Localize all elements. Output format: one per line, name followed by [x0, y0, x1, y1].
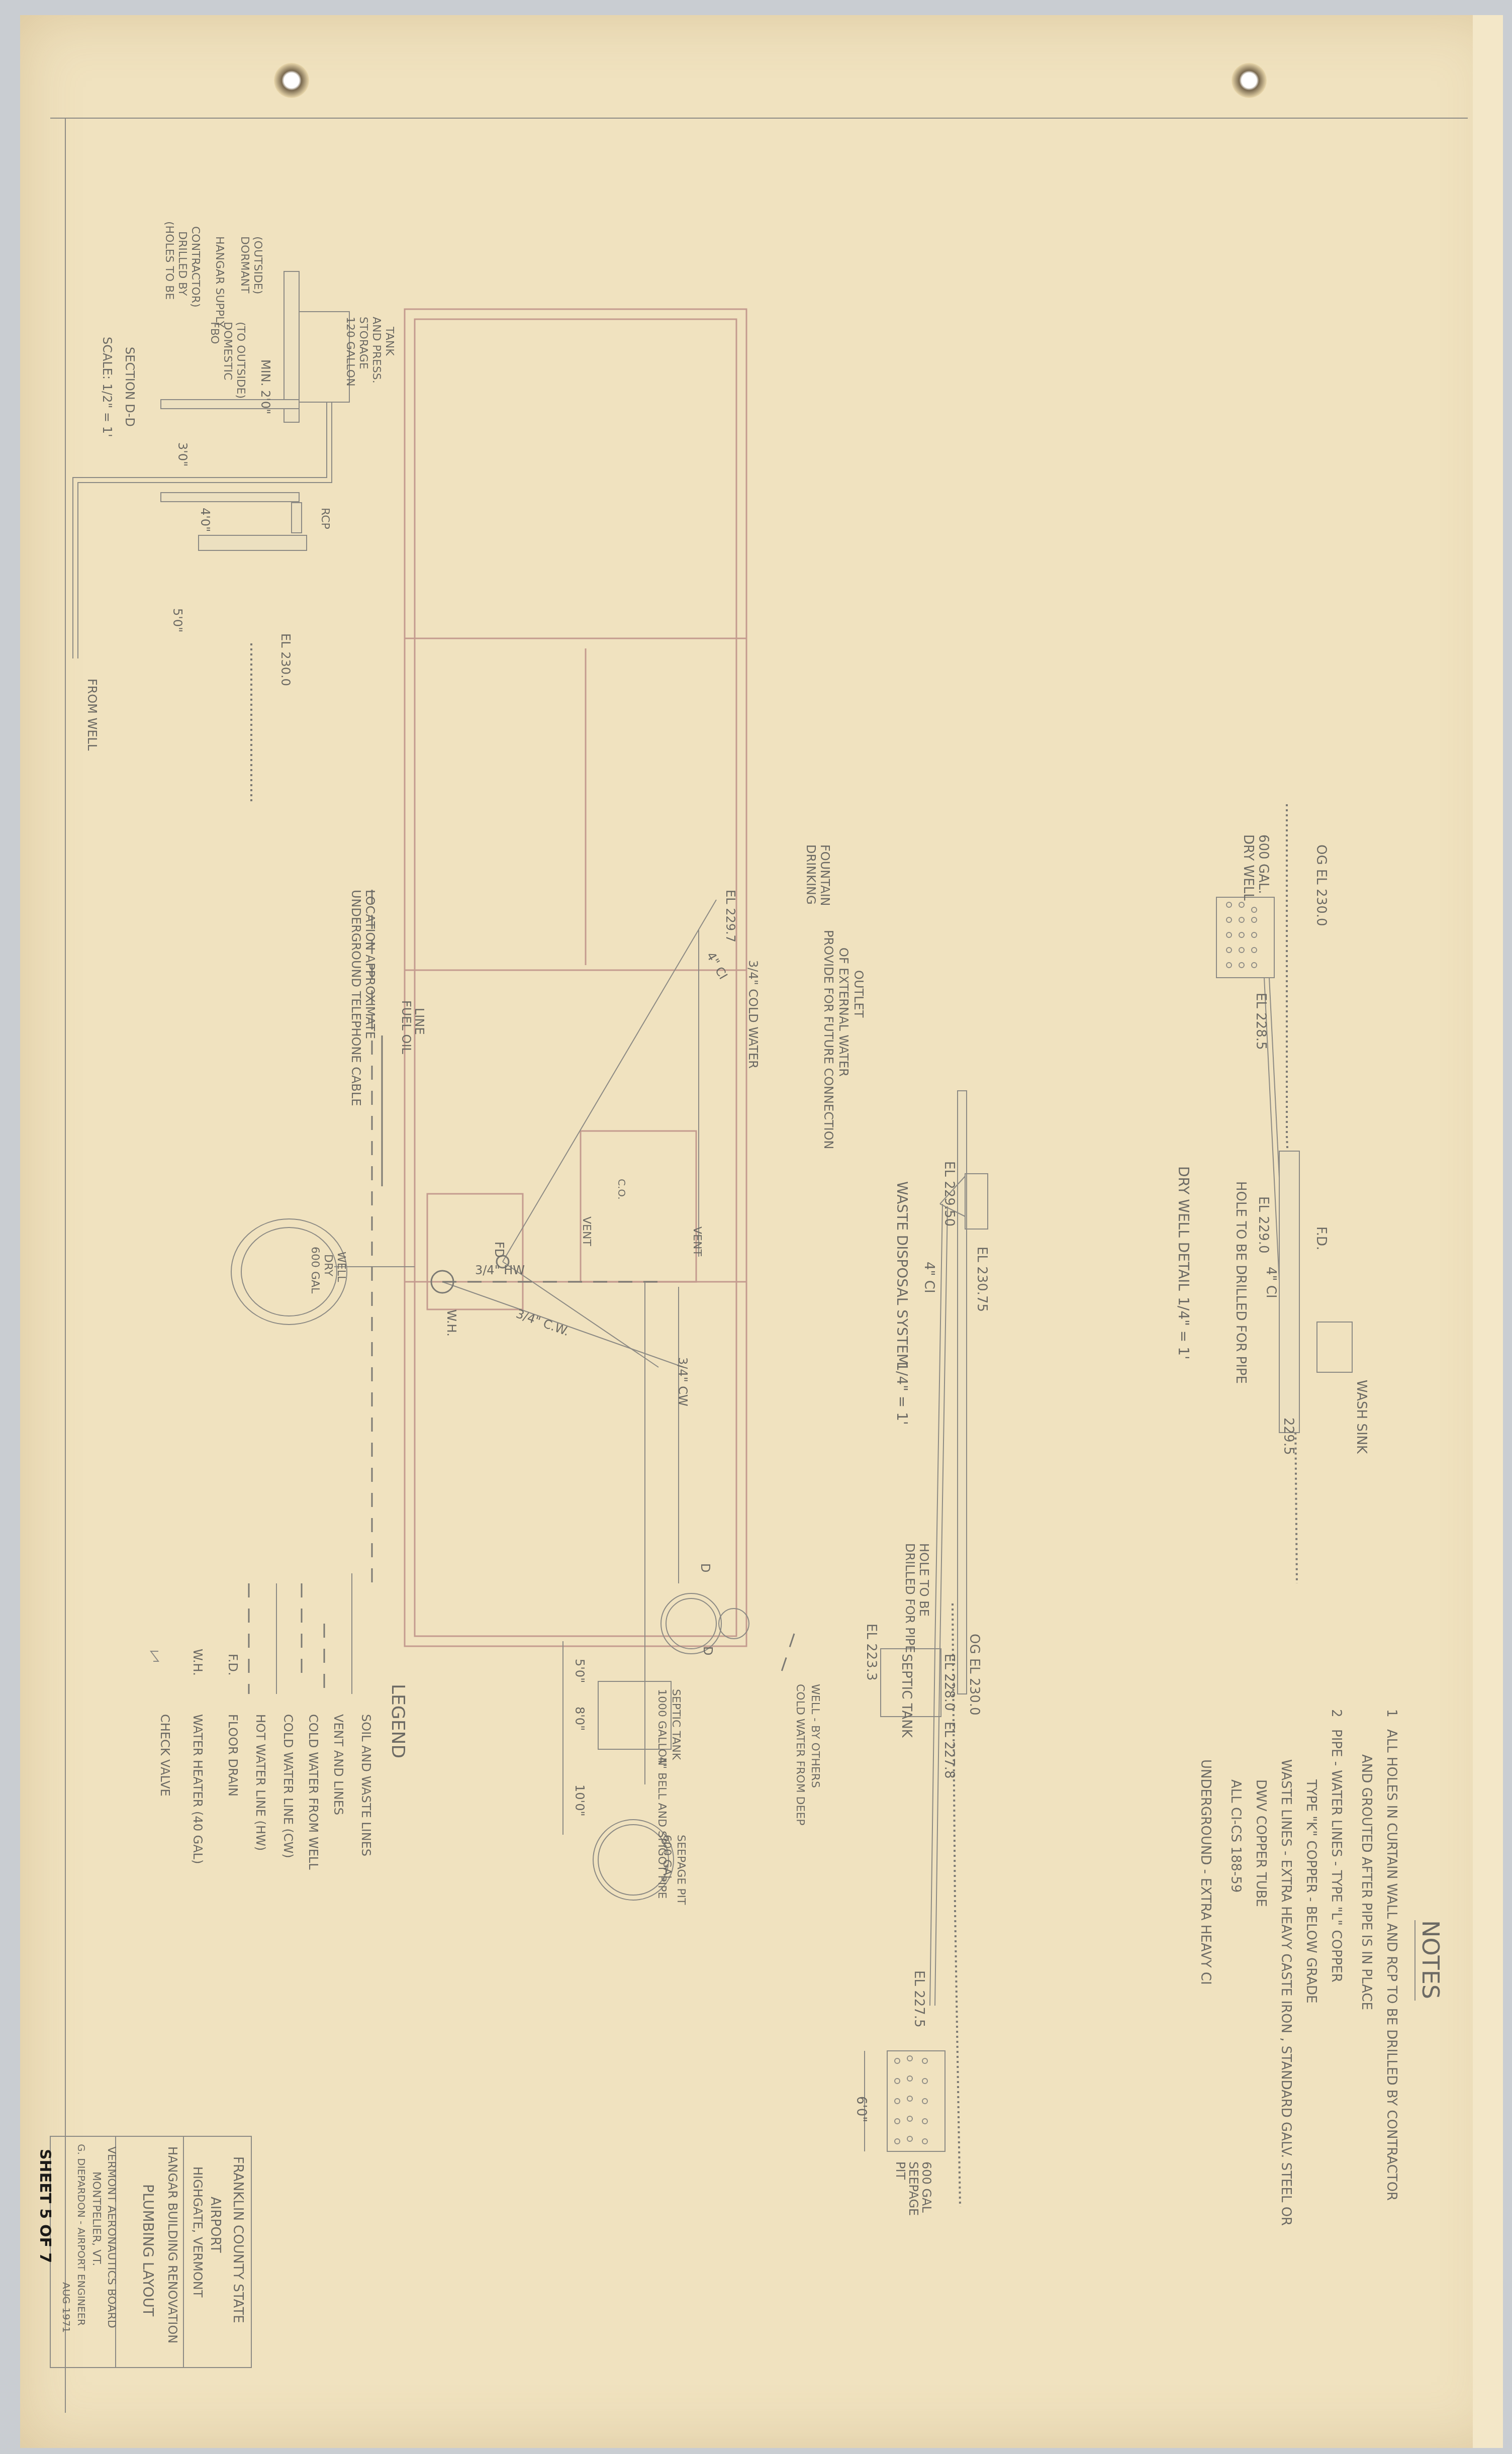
- waste-el-top: EL 229.50: [941, 1161, 957, 1226]
- waste-el-pit: EL 227.5: [911, 1970, 926, 2028]
- legend-label-cw: COLD WATER LINE (CW): [281, 1714, 295, 1858]
- dry-well-label-1: 600 GAL.: [1256, 834, 1271, 894]
- fbo-label-1: FBO: [208, 322, 221, 344]
- waste-el-inlet: EL 228.0: [941, 1654, 957, 1711]
- waste-hole-note-2: DRILLED FOR PIPE: [903, 1543, 917, 1653]
- note-2-line-1: PIPE - WATER LINES - TYPE "L" COPPER: [1329, 1729, 1344, 1983]
- cold-water-deep-1: COLD WATER FROM DEEP: [794, 1684, 806, 1826]
- drinking-fountain-label-2: FOUNTAIN: [818, 844, 832, 906]
- floor-hw-label: 3/4" HW: [475, 1263, 525, 1277]
- septic-plan-1: 1000 GALLON: [655, 1689, 668, 1766]
- note-2-line-6: UNDERGROUND - EXTRA HEAVY CI: [1198, 1759, 1213, 1985]
- title-agency-city: MONTPELIER, VT.: [90, 2172, 103, 2266]
- note-2-line-2: TYPE "K" COPPER - BELOW GRADE: [1303, 1779, 1318, 2003]
- holes-note-2: DRILLED BY: [176, 231, 188, 296]
- section-mark-top: D: [698, 1563, 712, 1572]
- title-project-1: FRANKLIN COUNTY STATE: [230, 2156, 245, 2323]
- floor-plan: DRINKING FOUNTAIN EL 229.7 PROVIDE FOR F…: [231, 309, 866, 1905]
- waste-pipe-size: 4" CI: [921, 1262, 936, 1293]
- cleanout-label: C.O.: [616, 1179, 628, 1200]
- vent-label-2: VENT: [691, 1226, 703, 1256]
- waste-pit-label-1: 600 GAL: [919, 2161, 933, 2213]
- waste-pit-dim: 6'0": [854, 2096, 869, 2122]
- dry-well-el-bottom: EL 228.5: [1253, 993, 1268, 1050]
- plumbing-drawing: NOTES 1 ALL HOLES IN CURTAIN WALL AND RC…: [0, 0, 1512, 2454]
- meter-pit: [661, 1593, 721, 1654]
- drinking-fountain-label-1: DRINKING: [804, 844, 818, 905]
- title-drawing: PLUMBING LAYOUT: [140, 2184, 156, 2317]
- holes-note-1: (HOLES TO BE: [163, 221, 175, 300]
- note-2-line-4: DWV COPPER TUBE: [1253, 1779, 1268, 1907]
- hangar-supply-label: HANGAR SUPPLY: [213, 236, 226, 328]
- dry-well-detail: OG EL 230.0 600 GAL. DRY WELL EL 228.5 E…: [1175, 804, 1369, 1583]
- title-agency: VERMONT AERONAUTICS BOARD: [105, 2146, 118, 2328]
- section-elevation: EL 230.0: [278, 633, 293, 686]
- future-connection-2: OF EXTERNAL WATER: [836, 948, 850, 1077]
- fbo-label-2: DOMESTIC: [221, 322, 234, 380]
- title-engineer: G. DIEPARDON - AIRPORT ENGINEER: [75, 2144, 87, 2326]
- dry-well-og-el: OG EL 230.0: [1313, 844, 1329, 926]
- floor-dry-well-3: WELL: [335, 1252, 347, 1282]
- future-connection-1: PROVIDE FOR FUTURE CONNECTION: [821, 930, 835, 1150]
- dim-10ft: 10'0": [573, 1784, 587, 1816]
- seepage-plan-2: SEEPAGE PIT: [675, 1835, 687, 1905]
- dry-well-detail-scale: 1/4" = 1': [1175, 1297, 1192, 1360]
- dormant-label-2: (OUTSIDE): [251, 236, 264, 294]
- future-connection-3: OUTLET: [852, 970, 866, 1018]
- waste-disposal-section: EL 229.50 EL 230.75 4" CI WASTE DISPOSAL…: [854, 1091, 989, 2216]
- floor-wh-label: W.H.: [444, 1309, 458, 1337]
- legend-label-soil: SOIL AND WASTE LINES: [359, 1714, 373, 1856]
- dry-well-label-2: DRY WELL: [1241, 834, 1256, 901]
- waste-og-el: OG EL 230.0: [967, 1634, 982, 1716]
- note-2-line-3: WASTE LINES - EXTRA HEAVY CASTE IRON , S…: [1278, 1759, 1293, 2226]
- title-project-2: AIRPORT: [208, 2197, 223, 2253]
- legend-label-fd: FLOOR DRAIN: [226, 1714, 240, 1797]
- tank-label-4: TANK: [383, 326, 396, 356]
- wash-sink: [1317, 1322, 1352, 1372]
- waste-disposal-scale: 1/4" = 1': [894, 1362, 910, 1425]
- waste-pit-label-2: SEEPAGE: [906, 2161, 920, 2216]
- fountain-el: EL 229.7: [723, 890, 737, 942]
- dry-well-el-sink: 229.5: [1281, 1418, 1296, 1455]
- waste-el-outlet: EL 227.8: [941, 1722, 957, 1779]
- note-1-num: 1: [1384, 1709, 1399, 1718]
- waste-disposal-title: WASTE DISPOSAL SYSTEM: [894, 1181, 910, 1366]
- dry-well-tank: [1216, 897, 1274, 978]
- title-building: HANGAR BUILDING RENOVATION: [165, 2146, 179, 2343]
- tank-label-1: 120 GALLON: [344, 317, 356, 387]
- note-2-num: 2: [1329, 1709, 1344, 1718]
- note-2-line-5: ALL CI-CS 188-59: [1228, 1779, 1243, 1893]
- septic-plan-2: SEPTIC TANK: [670, 1689, 682, 1760]
- seepage-plan-1: 600 GAL.: [660, 1835, 673, 1885]
- legend-label-hw: HOT WATER LINE (HW): [253, 1714, 267, 1851]
- floor-4ci-label: 4" CI: [704, 950, 730, 982]
- tank-label-2: STORAGE: [357, 317, 369, 369]
- dry-well-fd: F.D.: [1313, 1226, 1329, 1250]
- dim-5ft: 5'0": [573, 1659, 587, 1683]
- seepage-pit-section: [887, 2051, 945, 2151]
- telephone-cable-label-1: UNDERGROUND TELEPHONE CABLE: [349, 890, 363, 1106]
- floor-dry-well-1: 600 GAL: [309, 1247, 321, 1294]
- section-dd-scale: SCALE: 1/2" = 1': [100, 337, 114, 437]
- dim-8ft: 8'0": [573, 1707, 587, 1731]
- storage-tank: [299, 312, 349, 402]
- floor-dry-well-2: DRY: [322, 1254, 334, 1277]
- min-dim-label: MIN. 2'0": [258, 359, 272, 414]
- fuel-oil-label-1: FUEL OIL: [399, 1000, 413, 1055]
- legend: LEGEND SOIL AND WASTE LINES VENT AND LIN…: [151, 1573, 408, 1870]
- building-outline: [405, 309, 746, 1646]
- floor-slab: [1279, 1151, 1299, 1433]
- holes-note-3: CONTRACTOR): [189, 226, 202, 308]
- title-date: AUG 1971: [60, 2282, 72, 2333]
- legend-fd-symbol: F.D.: [226, 1654, 240, 1676]
- legend-wh-symbol: W.H.: [191, 1649, 205, 1676]
- note-1-line-2: AND GROUTED AFTER PIPE IS IN PLACE: [1359, 1754, 1374, 2010]
- cold-water-label: 3/4" COLD WATER: [746, 960, 760, 1069]
- section-dd: 120 GALLON STORAGE AND PRESS. TANK DORMA…: [73, 221, 396, 804]
- title-location: HIGHGATE, VERMONT: [191, 2166, 205, 2298]
- dim-5ft-section: 5'0": [170, 608, 184, 632]
- dry-well-hole-note: HOLE TO BE DRILLED FOR PIPE: [1233, 1181, 1248, 1384]
- legend-heading: LEGEND: [388, 1684, 408, 1758]
- waste-el-tank-bottom: EL 223.3: [864, 1624, 879, 1681]
- title-block: FRANKLIN COUNTY STATE AIRPORT HIGHGATE, …: [36, 2136, 251, 2368]
- section-mark-bottom: D: [701, 1646, 715, 1655]
- fbo-label-3: (TO OUTSIDE): [234, 322, 247, 399]
- restroom-block: [581, 1131, 696, 1282]
- notes-heading: NOTES: [1417, 1920, 1444, 1999]
- legend-label-vent: VENT AND LINES: [331, 1714, 345, 1815]
- dim-4ft: 4'0": [198, 508, 212, 532]
- from-well-label: FROM WELL: [85, 679, 99, 751]
- soil-line-diagonal: [503, 900, 716, 1262]
- rcp-label: RCP: [319, 508, 331, 529]
- cold-water-deep-2: WELL - BY OTHERS: [809, 1684, 821, 1788]
- vent-label-1: VENT: [580, 1216, 593, 1246]
- legend-label-cold-well: COLD WATER FROM WELL: [306, 1714, 320, 1870]
- dry-well-el-pipe: EL 229.0: [1256, 1196, 1271, 1254]
- dry-well-detail-title: DRY WELL DETAIL: [1175, 1166, 1192, 1291]
- section-dd-title: SECTION D-D: [123, 347, 137, 427]
- telephone-cable-label-2: LOCATION APPROXIMATE: [363, 890, 377, 1039]
- sheet-number: SHEET 5 OF 7: [36, 2149, 54, 2263]
- tank-label-3: AND PRESS.: [370, 317, 383, 384]
- legend-label-wh: WATER HEATER (40 GAL): [191, 1714, 205, 1864]
- dry-well-pipe-size: 4" CI: [1263, 1267, 1278, 1298]
- fuel-oil-label-2: LINE: [412, 1008, 426, 1035]
- floor-cw2-label: 3/4" CW: [676, 1357, 690, 1406]
- waste-el-floor: EL 230.75: [974, 1247, 989, 1312]
- dim-3ft: 3'0": [175, 442, 190, 466]
- check-valve-icon: [151, 1651, 158, 1661]
- legend-label-check: CHECK VALVE: [158, 1714, 172, 1797]
- notes-block: NOTES 1 ALL HOLES IN CURTAIN WALL AND RC…: [1198, 1709, 1444, 2226]
- waste-pit-label-3: PIT: [893, 2161, 907, 2180]
- dormant-label-1: DORMANT: [238, 236, 251, 294]
- floor-fd-label: FD: [492, 1242, 506, 1258]
- waste-hole-note-1: HOLE TO BE: [917, 1543, 931, 1617]
- note-1-line-1: ALL HOLES IN CURTAIN WALL AND RCP TO BE …: [1384, 1729, 1399, 2201]
- waste-septic-label: SEPTIC TANK: [899, 1654, 914, 1738]
- wash-sink-label: WASH SINK: [1354, 1380, 1369, 1454]
- floor-cw-label: 3/4" C.W.: [514, 1306, 571, 1339]
